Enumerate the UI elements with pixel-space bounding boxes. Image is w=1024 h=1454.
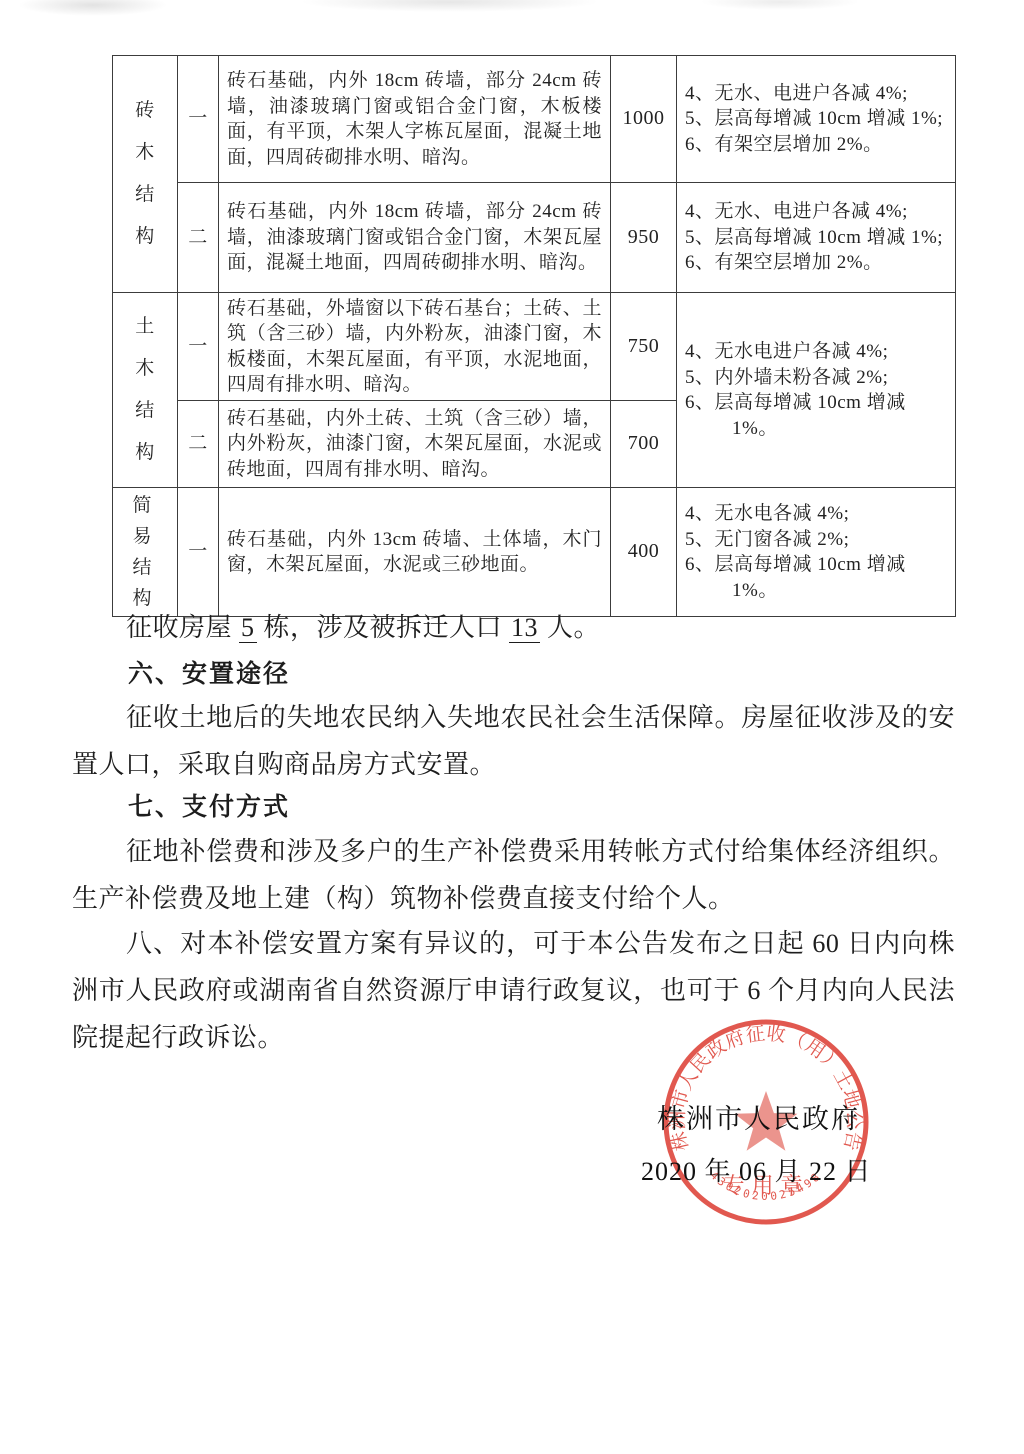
cell-grade: 一	[178, 293, 219, 401]
table-row: 土 木 结 构 一 砖石基础，外墙窗以下砖石基台；土砖、土筑（含三砂）墙，内外粉…	[113, 293, 956, 401]
summary-text: 征收房屋	[126, 613, 232, 642]
note-item: 6、层高每增减 10cm 增减 1%。	[685, 552, 947, 603]
issuer-name: 株洲市人民政府	[657, 1097, 860, 1136]
note-item: 5、层高每增减 10cm 增减 1%;	[685, 106, 947, 132]
cell-grade: 二	[178, 183, 219, 293]
cell-category-brick-wood: 砖 木 结 构	[113, 56, 178, 293]
note-item: 5、层高每增减 10cm 增减 1%;	[685, 225, 947, 251]
scan-smudge	[18, 0, 168, 16]
note-item: 4、无水电进户各减 4%;	[685, 339, 947, 365]
cell-price: 700	[611, 401, 677, 488]
note-item: 6、层高每增减 10cm 增减 1%。	[685, 390, 947, 441]
section-seven-heading: 七、支付方式	[128, 784, 290, 831]
cell-price: 750	[611, 293, 677, 401]
note-item: 6、有架空层增加 2%。	[685, 250, 947, 276]
table-row: 二 砖石基础，内外 18cm 砖墙，部分 24cm 砖墙，油漆玻璃门窗或铝合金门…	[113, 183, 956, 293]
cell-description: 砖石基础，内外 18cm 砖墙，部分 24cm 砖墙，油漆玻璃门窗或铝合金门窗，…	[219, 183, 611, 293]
note-item: 6、有架空层增加 2%。	[685, 132, 947, 158]
cell-grade: 二	[178, 401, 219, 488]
compensation-table: 砖 木 结 构 一 砖石基础，内外 18cm 砖墙，部分 24cm 砖墙，油漆玻…	[112, 55, 956, 617]
section-six-paragraph: 征收土地后的失地农民纳入失地农民社会生活保障。房屋征收涉及的安置人口，采取自购商…	[72, 694, 955, 788]
cell-grade: 一	[178, 56, 219, 183]
note-item: 4、无水、电进户各减 4%;	[685, 81, 947, 107]
cell-adjustment-notes: 4、无水、电进户各减 4%; 5、层高每增减 10cm 增减 1%; 6、有架空…	[677, 56, 956, 183]
summary-text: 栋，涉及被拆迁人口	[264, 613, 503, 642]
summary-text: 人。	[547, 613, 600, 642]
cell-description: 砖石基础，外墙窗以下砖石基台；土砖、土筑（含三砂）墙，内外粉灰，油漆门窗，木板楼…	[219, 293, 611, 401]
cell-price: 1000	[611, 56, 677, 183]
cell-description: 砖石基础，内外 13cm 砖墙、土体墙，木门窗，木架瓦屋面，水泥或三砂地面。	[219, 488, 611, 617]
cell-description: 砖石基础，内外土砖、土筑（含三砂）墙，内外粉灰，油漆门窗，木架瓦屋面，水泥或砖地…	[219, 401, 611, 488]
note-item: 5、内外墙未粉各减 2%;	[685, 365, 947, 391]
summary-line: 征收房屋 5 栋，涉及被拆迁人口 13 人。	[72, 604, 955, 651]
section-six-heading: 六、安置途径	[128, 651, 290, 698]
cell-adjustment-notes: 4、无水、电进户各减 4%; 5、层高每增减 10cm 增减 1%; 6、有架空…	[677, 183, 956, 293]
table-row: 简易 结构 一 砖石基础，内外 13cm 砖墙、土体墙，木门窗，木架瓦屋面，水泥…	[113, 488, 956, 617]
note-item: 5、无门窗各减 2%;	[685, 527, 947, 553]
cell-category-earth-wood: 土 木 结 构	[113, 293, 178, 488]
people-count-underlined: 13	[509, 613, 540, 643]
cell-grade: 一	[178, 488, 219, 617]
cell-price: 400	[611, 488, 677, 617]
cell-adjustment-notes: 4、无水电进户各减 4%; 5、内外墙未粉各减 2%; 6、层高每增减 10cm…	[677, 293, 956, 488]
cell-description: 砖石基础，内外 18cm 砖墙，部分 24cm 砖墙，油漆玻璃门窗或铝合金门窗，…	[219, 56, 611, 183]
scan-smudge	[300, 0, 600, 12]
cell-category-simple: 简易 结构	[113, 488, 178, 617]
section-seven-paragraph: 征地补偿费和涉及多户的生产补偿费采用转帐方式付给集体经济组织。生产补偿费及地上建…	[72, 828, 955, 922]
table-row: 砖 木 结 构 一 砖石基础，内外 18cm 砖墙，部分 24cm 砖墙，油漆玻…	[113, 56, 956, 183]
buildings-count-underlined: 5	[239, 613, 257, 643]
cell-adjustment-notes: 4、无水电各减 4%; 5、无门窗各减 2%; 6、层高每增减 10cm 增减 …	[677, 488, 956, 617]
document-page: 砖 木 结 构 一 砖石基础，内外 18cm 砖墙，部分 24cm 砖墙，油漆玻…	[0, 0, 1024, 1454]
scan-smudge	[700, 0, 860, 10]
note-item: 4、无水、电进户各减 4%;	[685, 199, 947, 225]
cell-price: 950	[611, 183, 677, 293]
note-item: 4、无水电各减 4%;	[685, 501, 947, 527]
issue-date: 2020 年 06 月 22 日	[641, 1151, 872, 1188]
